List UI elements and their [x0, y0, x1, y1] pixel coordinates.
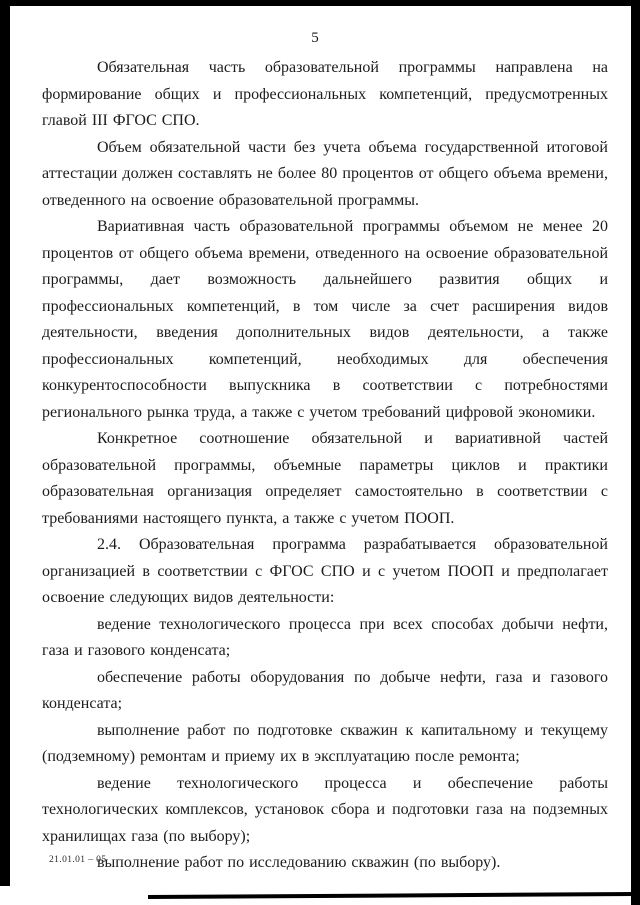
scan-border-top: [0, 0, 640, 6]
document-body: Обязательная часть образовательной прогр…: [42, 55, 608, 877]
paragraph: ведение технологического процесса и обес…: [42, 771, 608, 851]
paragraph: обеспечение работы оборудования по добыч…: [42, 665, 608, 718]
scanned-document-page: 5 Обязательная часть образовательной про…: [0, 0, 640, 905]
scan-border-right: [631, 0, 640, 905]
paragraph: Вариативная часть образовательной програ…: [42, 214, 608, 426]
paragraph: выполнение работ по исследованию скважин…: [42, 850, 608, 877]
paragraph: Объем обязательной части без учета объем…: [42, 135, 608, 215]
paragraph: выполнение работ по подготовке скважин к…: [42, 718, 608, 771]
paragraph: Обязательная часть образовательной прогр…: [42, 55, 608, 135]
page-number: 5: [10, 30, 620, 47]
scan-border-bottom: [148, 892, 640, 899]
paragraph: 2.4. Образовательная программа разрабаты…: [42, 532, 608, 612]
document-code-footer: 21.01.01 – 05: [49, 855, 106, 865]
paragraph: ведение технологического процесса при вс…: [42, 612, 608, 665]
scan-border-left: [0, 0, 10, 886]
paragraph: Конкретное соотношение обязательной и ва…: [42, 426, 608, 532]
